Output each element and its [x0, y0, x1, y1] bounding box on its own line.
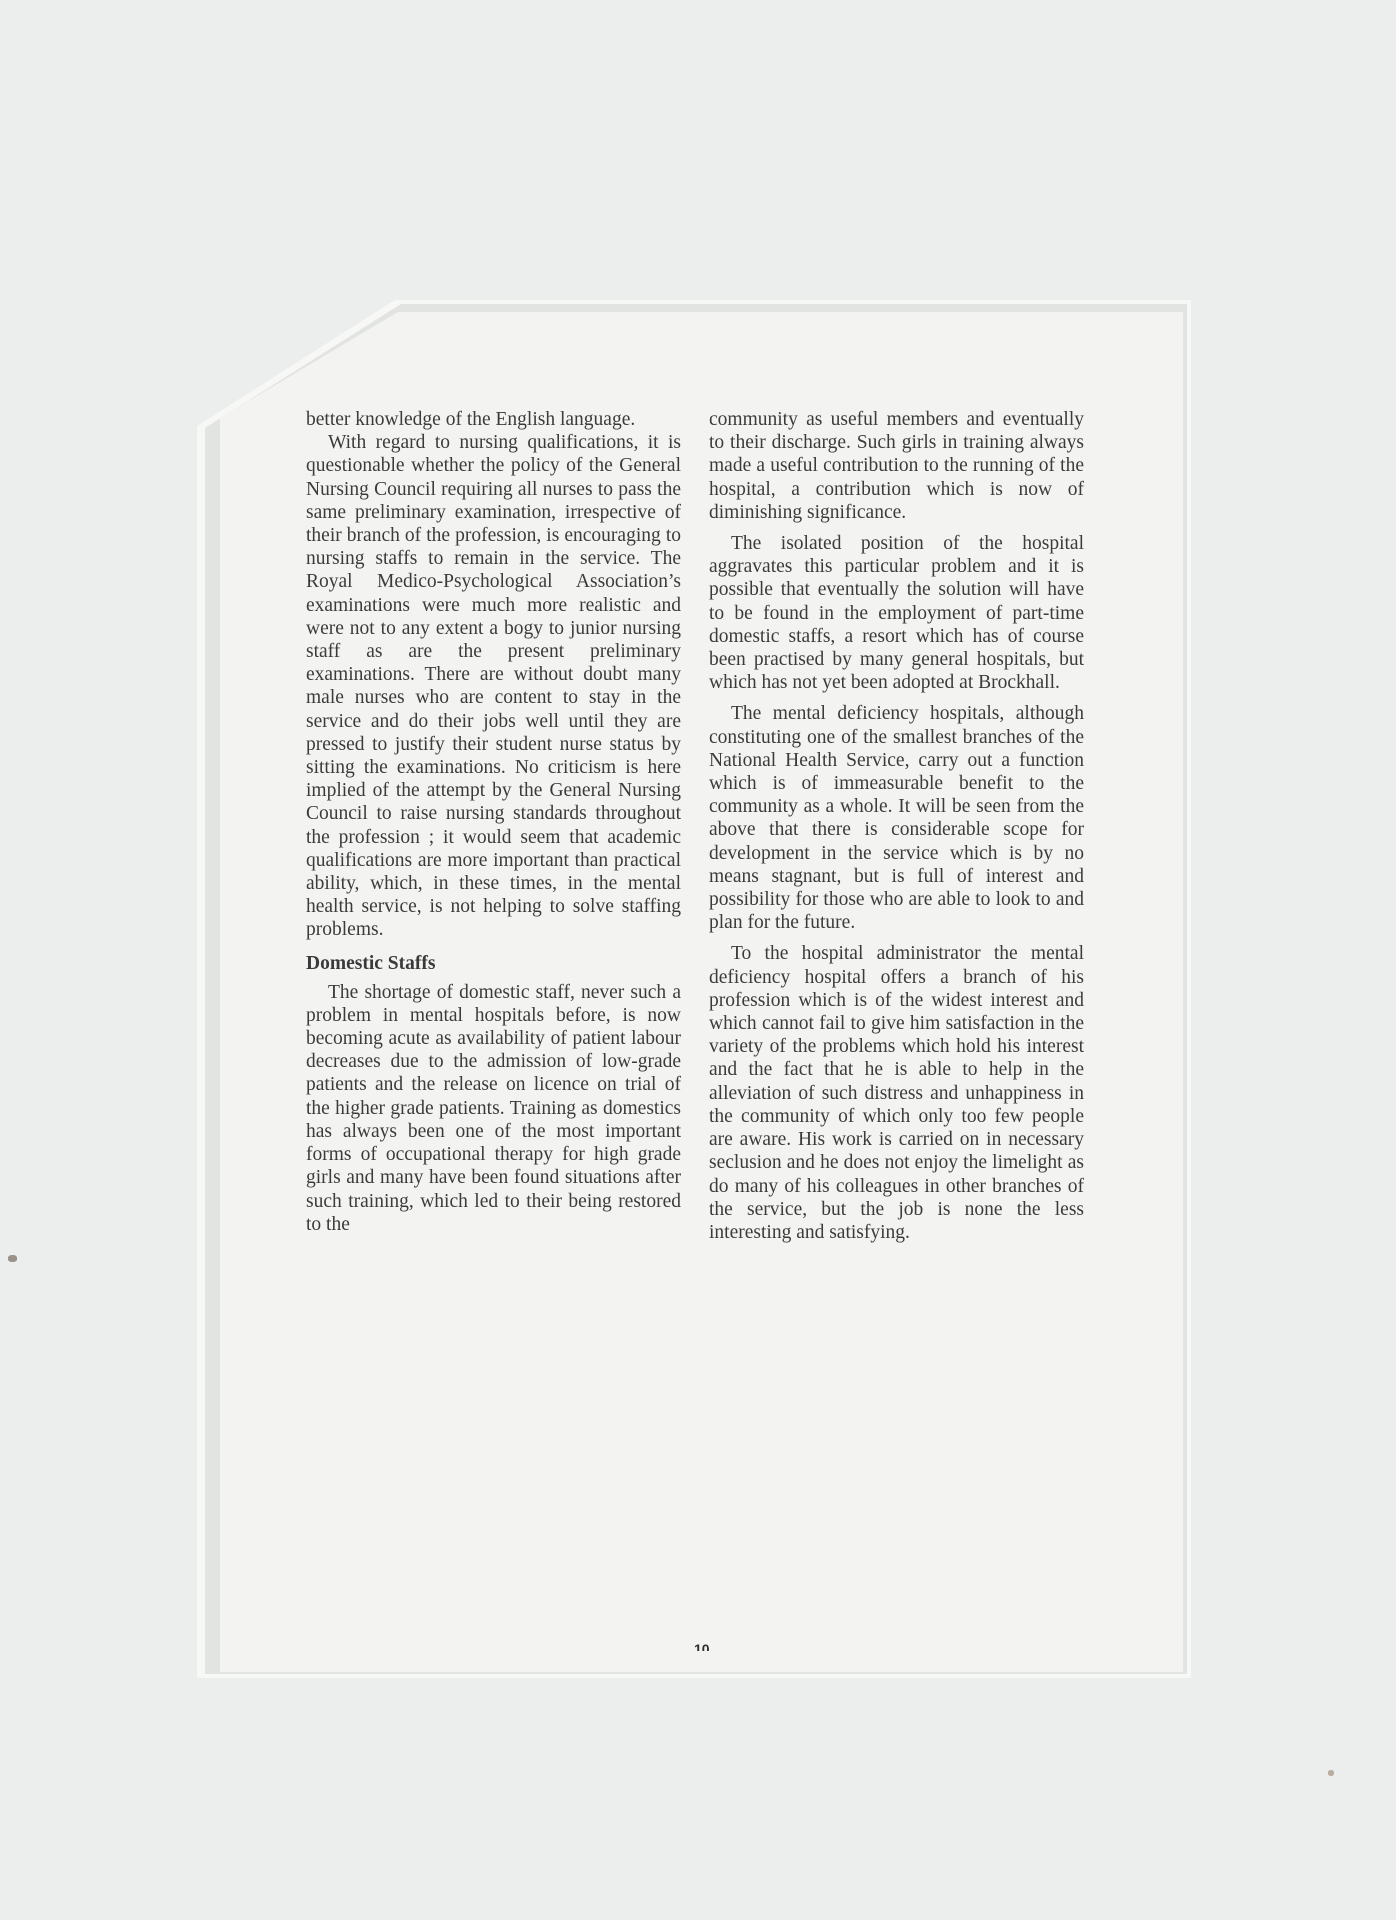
- left-column-continuation: better knowledge of the English language…: [306, 408, 681, 431]
- paragraph-isolated-position: The isolated position of the hospital ag…: [709, 532, 1084, 694]
- section-heading-domestic-staffs: Domestic Staffs: [306, 952, 681, 975]
- left-column: better knowledge of the English language…: [306, 408, 681, 1244]
- dust-speck: [8, 1255, 17, 1262]
- page-number: 10: [694, 1641, 710, 1651]
- dust-speck: [1328, 1770, 1334, 1776]
- paragraph-domestic-staff-shortage: The shortage of domestic staff, never su…: [306, 981, 681, 1236]
- right-column-continuation: community as useful members and eventual…: [709, 408, 1084, 524]
- paragraph-mental-deficiency-hospitals: The mental deficiency hospitals, althoug…: [709, 702, 1084, 934]
- right-column: community as useful members and eventual…: [709, 408, 1084, 1252]
- paragraph-nursing-qualifications: With regard to nursing qualifications, i…: [306, 431, 681, 941]
- paragraph-hospital-administrator: To the hospital administrator the mental…: [709, 942, 1084, 1244]
